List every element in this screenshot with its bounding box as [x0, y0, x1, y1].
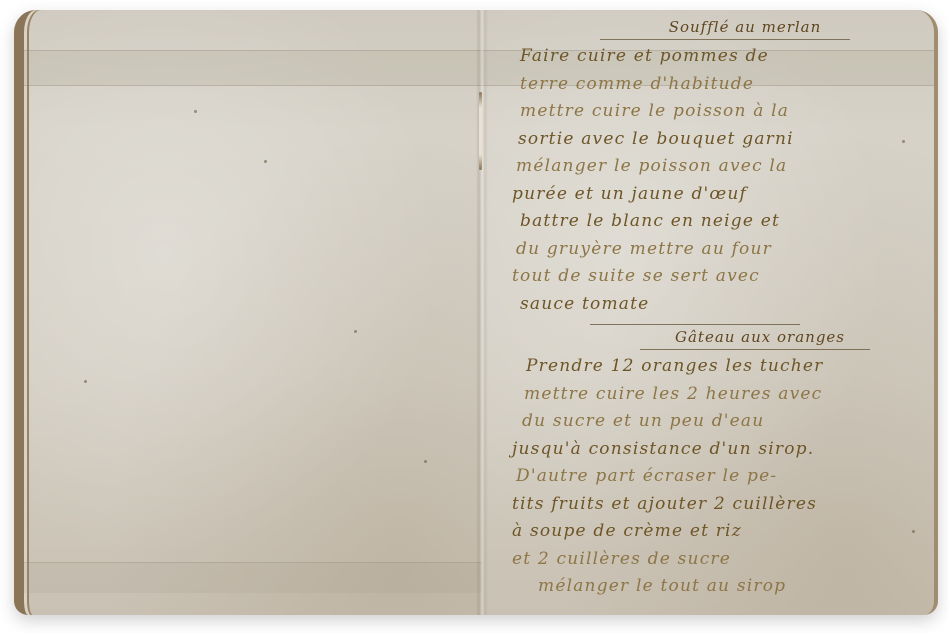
recipe-title: Soufflé au merlan	[490, 18, 910, 36]
recipe-line: et 2 cuillères de sucre	[490, 546, 910, 574]
left-page	[14, 10, 492, 615]
recipe-line: battre le blanc en neige et	[490, 208, 910, 236]
paper-speck	[194, 110, 197, 113]
handwritten-text: Soufflé au merlan Faire cuire et pommes …	[490, 18, 910, 601]
recipe-gateau: Gâteau aux oranges Prendre 12 oranges le…	[490, 324, 910, 601]
recipe-souffle: Soufflé au merlan Faire cuire et pommes …	[490, 18, 910, 318]
book-gutter	[476, 10, 488, 615]
recipe-line: tits fruits et ajouter 2 cuillères	[490, 491, 910, 519]
recipe-line: du sucre et un peu d'eau	[490, 408, 910, 436]
tape-strip-bottom	[24, 562, 492, 593]
recipe-line: tout de suite se sert avec	[490, 263, 910, 291]
recipe-line: sauce tomate	[490, 291, 910, 319]
title-underline	[600, 39, 850, 40]
paper-speck	[264, 160, 267, 163]
paper-speck	[354, 330, 357, 333]
tape-strip-top	[24, 50, 492, 86]
recipe-line: mélanger le tout au sirop	[490, 573, 910, 601]
recipe-line: jusqu'à consistance d'un sirop.	[490, 436, 910, 464]
recipe-line: du gruyère mettre au four	[490, 236, 910, 264]
recipe-line: terre comme d'habitude	[490, 71, 910, 99]
recipe-line: à soupe de crème et riz	[490, 518, 910, 546]
recipe-line: mettre cuire les 2 heures avec	[490, 381, 910, 409]
paper-speck	[912, 530, 915, 533]
recipe-line: mettre cuire le poisson à la	[490, 98, 910, 126]
recipe-line: mélanger le poisson avec la	[490, 153, 910, 181]
recipe-line: purée et un jaune d'œuf	[490, 181, 910, 209]
recipe-line: Prendre 12 oranges les tucher	[490, 353, 910, 381]
recipe-line: sortie avec le bouquet garni	[490, 126, 910, 154]
paper-speck	[424, 460, 427, 463]
recipe-line: Faire cuire et pommes de	[490, 43, 910, 71]
recipe-line: D'autre part écraser le pe-	[490, 463, 910, 491]
section-divider	[590, 324, 800, 325]
title-underline	[640, 349, 870, 350]
binding-stitch	[479, 92, 482, 170]
recipe-title: Gâteau aux oranges	[490, 328, 910, 346]
paper-speck	[84, 380, 87, 383]
